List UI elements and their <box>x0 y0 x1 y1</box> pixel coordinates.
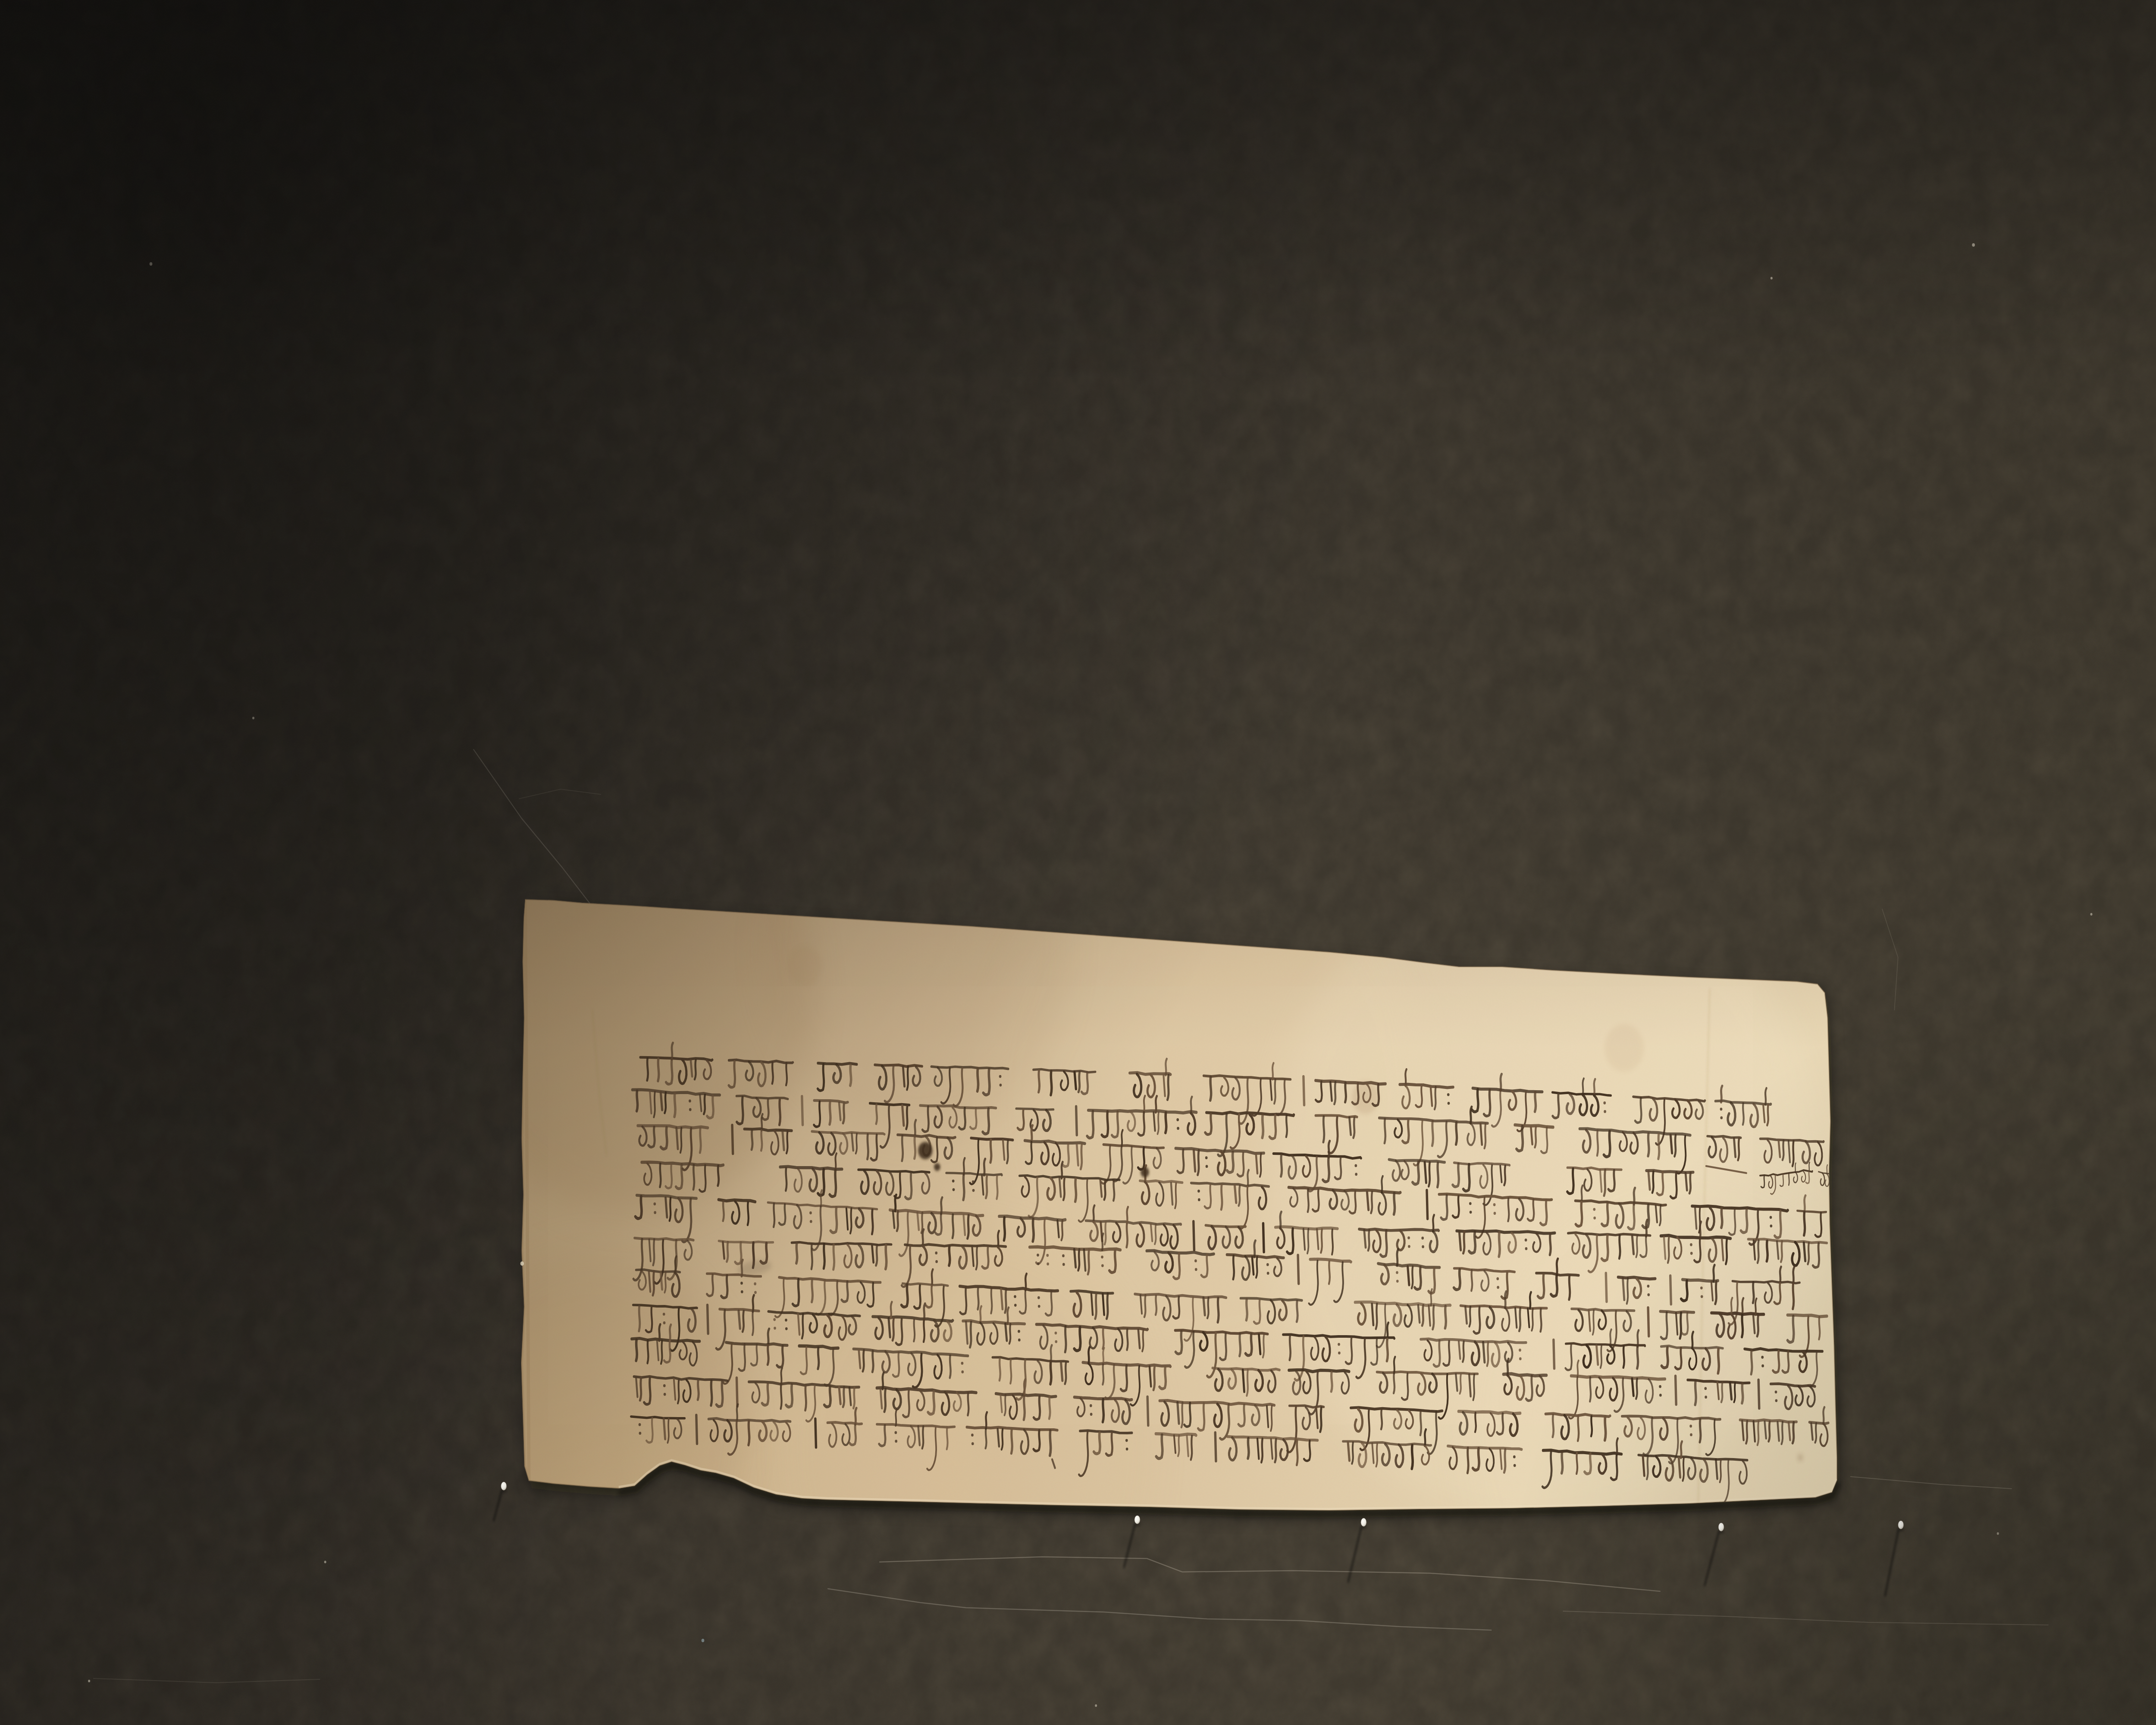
handwriting-line <box>636 1190 1827 1272</box>
pin <box>1885 1521 1904 1596</box>
board-scratch <box>1882 909 1898 1010</box>
pin-contact-shadow <box>1360 1525 1367 1529</box>
pin-contact-shadow <box>1898 1528 1904 1531</box>
board-surface <box>0 0 2156 1725</box>
pin-head <box>501 1482 507 1490</box>
board-scratch <box>94 1678 320 1683</box>
pin <box>494 1482 507 1521</box>
pin-shadow <box>494 1491 501 1521</box>
paper-shading-blob <box>783 1225 1157 1673</box>
paper-stain <box>1604 1024 1644 1072</box>
vignette-bottom-right <box>0 0 2156 1725</box>
paper-interior <box>439 763 1919 1699</box>
paper-fiber-texture <box>517 888 1847 1518</box>
dust-speck <box>702 1639 705 1642</box>
paper-stain <box>1798 1455 1803 1461</box>
ink-blot <box>934 1163 940 1171</box>
board-scratch <box>519 789 601 799</box>
photographic-overlays <box>0 0 2156 1725</box>
board-scratches <box>94 750 2048 1683</box>
paper-lit-bottom-edge <box>619 1461 1837 1509</box>
paper-shading-blob <box>1459 1147 1919 1699</box>
handwriting-line <box>632 1324 1815 1419</box>
pin-contact-shadow <box>1718 1530 1724 1534</box>
handwriting-line <box>633 1295 1822 1386</box>
paper-shading-blob <box>981 832 1426 1367</box>
vignette-top-left <box>0 0 2156 1725</box>
board-sheen <box>0 0 2156 1725</box>
board-top-shadow <box>0 0 2156 388</box>
pin-head <box>1361 1518 1366 1527</box>
dust-speck <box>1997 1532 1999 1535</box>
paper-crease <box>592 1009 606 1156</box>
paper-left-rim <box>521 900 529 1480</box>
ink-blot <box>1141 1167 1149 1177</box>
pin <box>1705 1523 1724 1585</box>
handwriting-line <box>636 1256 1827 1357</box>
handwriting-line <box>633 1229 1800 1325</box>
board-texture <box>0 0 2156 1725</box>
dust-speck <box>150 262 153 266</box>
dust-specks <box>88 243 2092 1707</box>
paper-shading-blob <box>439 1246 748 1617</box>
ink-blot <box>918 1142 932 1159</box>
background-board <box>0 0 2156 1725</box>
pin-shadow <box>1348 1527 1361 1582</box>
dust-speck <box>324 1561 326 1563</box>
paper-edge-chip <box>520 1261 524 1266</box>
handwriting-line <box>631 1404 1747 1504</box>
paper-top-tone <box>517 888 1847 1518</box>
stray-ink-mark <box>1052 1459 1055 1468</box>
pin <box>1348 1518 1367 1582</box>
paper-stain <box>1352 1081 1379 1114</box>
pin-shadow <box>1124 1525 1135 1567</box>
manuscript-text-block <box>631 1043 1835 1504</box>
pin-shadow <box>1885 1530 1899 1596</box>
dust-speck <box>252 717 254 719</box>
handwriting <box>631 1043 1835 1504</box>
handwriting-line <box>633 1090 1824 1173</box>
paper-left-tone <box>517 888 1847 1518</box>
ink-smudge <box>737 1258 773 1277</box>
board-scratch <box>473 750 592 906</box>
dust-speck <box>2090 913 2093 916</box>
pin-head <box>1898 1521 1904 1529</box>
handwriting-line <box>634 1368 1828 1464</box>
paper-grain <box>517 888 1847 1518</box>
handwriting-line <box>642 1153 1826 1245</box>
pin-contact-shadow <box>501 1489 507 1493</box>
pin <box>1124 1515 1141 1567</box>
paper-stain <box>788 946 821 986</box>
manuscript-photo <box>0 0 2156 1725</box>
paper-sheet <box>439 763 1919 1699</box>
dust-speck <box>1972 243 1975 247</box>
board-left-shadow <box>0 0 647 1725</box>
dust-speck <box>1095 1704 1097 1707</box>
board-scratch <box>1563 1611 2048 1625</box>
pin-head <box>1718 1523 1724 1531</box>
handwriting-line <box>640 1043 1771 1145</box>
paper-edge-shadow <box>620 1466 1838 1515</box>
paper-shadow <box>524 907 1840 1518</box>
pin-head <box>1134 1515 1140 1524</box>
paper-stain <box>1759 938 1766 946</box>
board-scratch <box>880 1557 1660 1591</box>
paper-crease <box>1698 988 1710 1503</box>
pin-contact-shadow <box>1134 1523 1141 1526</box>
paper-shading-blob <box>442 768 816 1216</box>
board-scratch <box>1851 1477 2012 1489</box>
board-scratch <box>828 1589 1491 1630</box>
handwriting-line <box>638 1114 1693 1205</box>
paper-shading-blob <box>1265 854 1825 1527</box>
paper-face <box>521 900 1837 1510</box>
paper-shading-blob <box>762 763 1071 1134</box>
dust-speck <box>88 1680 90 1682</box>
mounting-pins <box>494 1482 1904 1596</box>
pin-shadow <box>1705 1532 1719 1585</box>
dust-speck <box>1771 277 1773 279</box>
film-grain-overlay <box>0 0 2156 1725</box>
handwriting-line <box>1706 1162 1836 1194</box>
